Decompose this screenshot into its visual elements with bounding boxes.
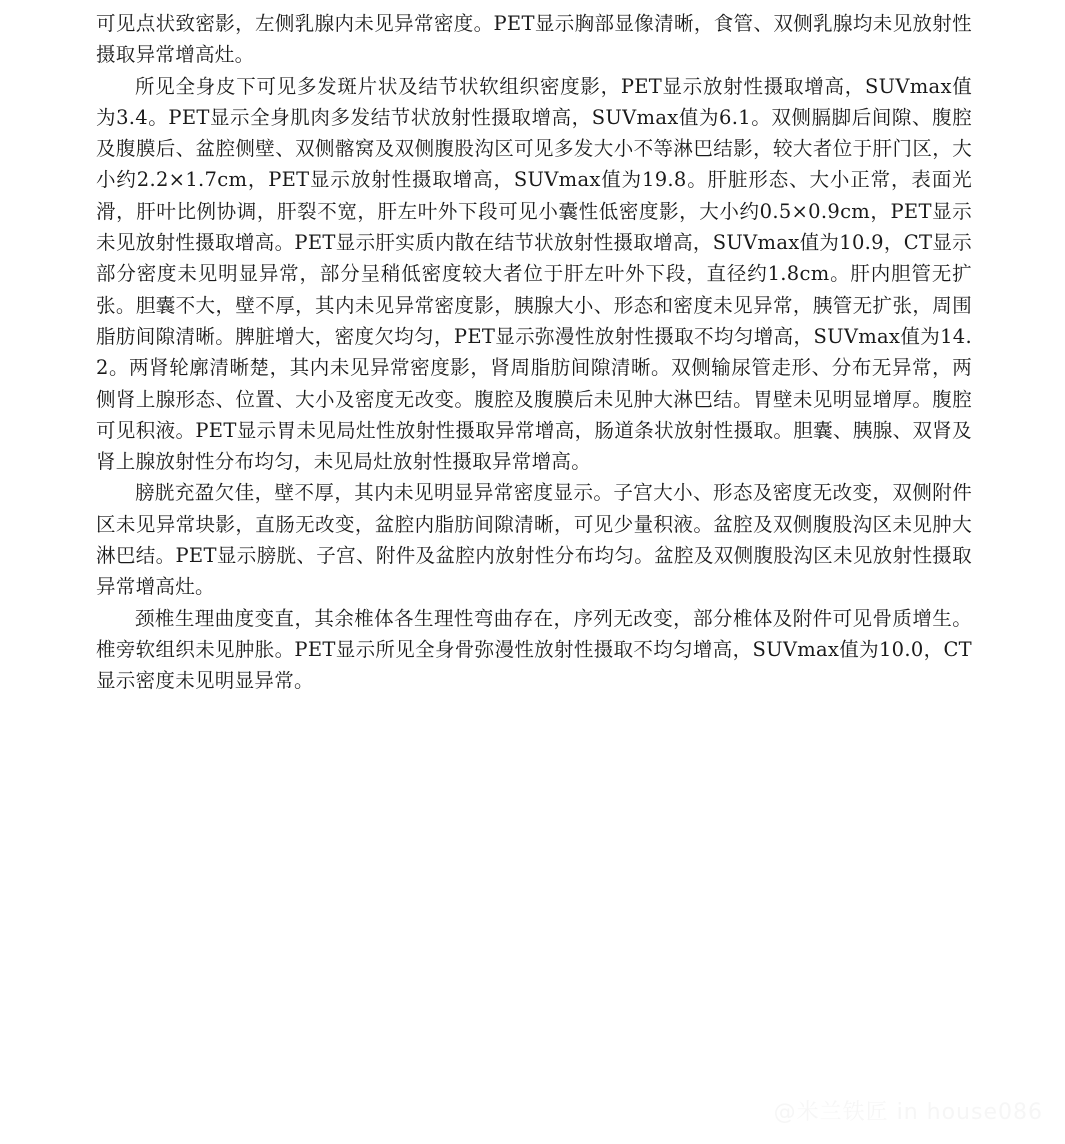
paragraph-abdomen: 所见全身皮下可见多发斑片状及结节状软组织密度影，PET显示放射性摄取增高，SUV… — [96, 71, 972, 478]
paragraph-chest-continuation: 可见点状致密影，左侧乳腺内未见异常密度。PET显示胸部显像清晰，食管、双侧乳腺均… — [96, 8, 972, 71]
watermark: @米兰铁匠 in house086 — [774, 1095, 1043, 1126]
paragraph-pelvis: 膀胱充盈欠佳，壁不厚，其内未见明显异常密度显示。子宫大小、形态及密度无改变，双侧… — [96, 477, 972, 602]
paragraph-skeleton: 颈椎生理曲度变直，其余椎体各生理性弯曲存在，序列无改变，部分椎体及附件可见骨质增… — [96, 603, 972, 697]
report-body: 可见点状致密影，左侧乳腺内未见异常密度。PET显示胸部显像清晰，食管、双侧乳腺均… — [96, 8, 972, 697]
